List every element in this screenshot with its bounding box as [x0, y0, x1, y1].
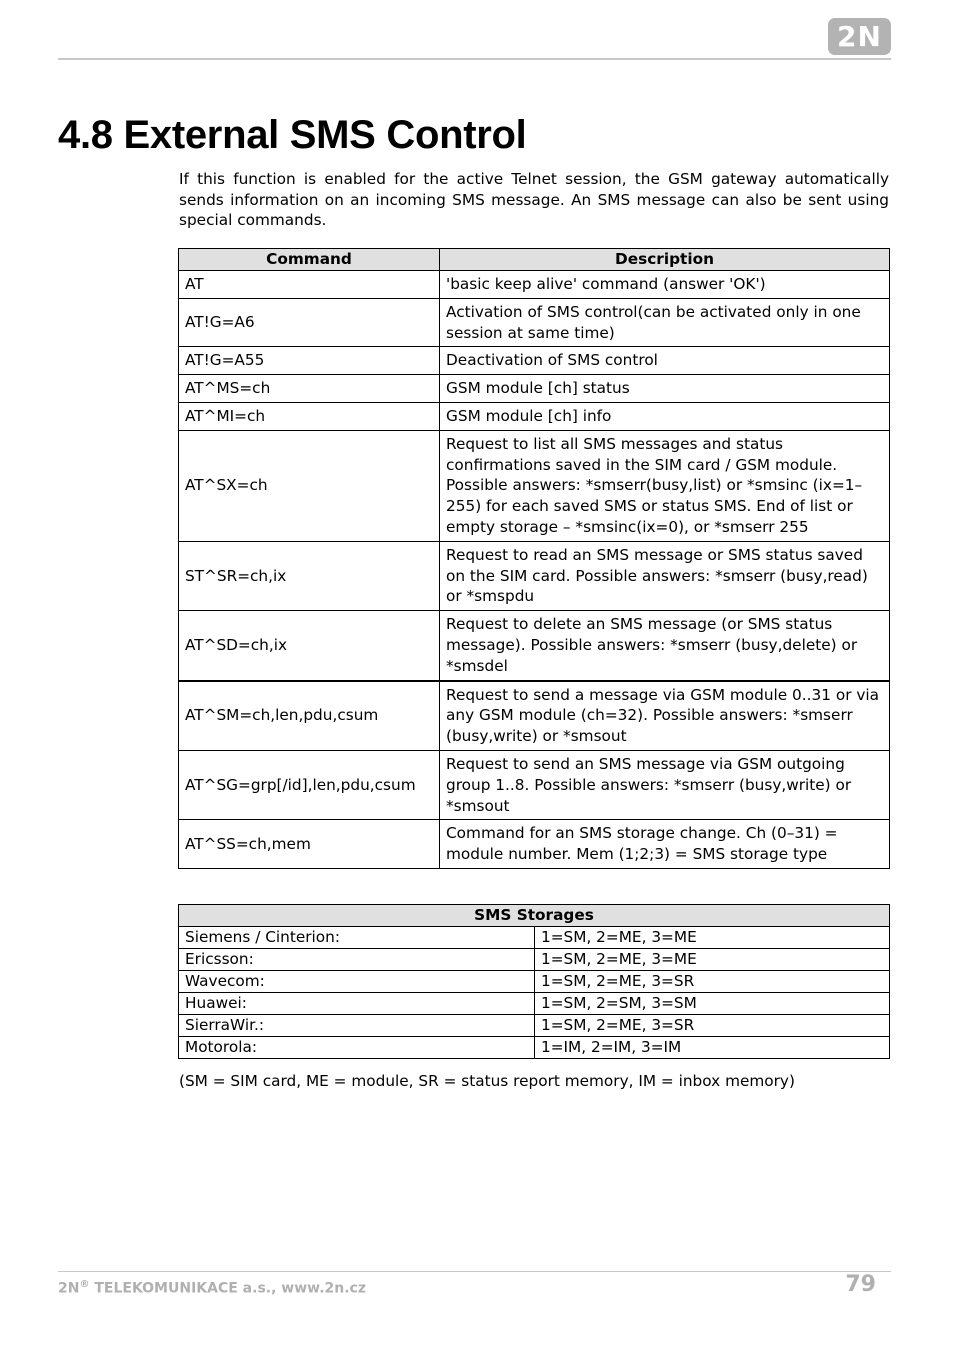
mapping-cell: 1=SM, 2=ME, 3=SR	[535, 1015, 890, 1037]
table-row: AT!G=A6Activation of SMS control(can be …	[179, 298, 890, 347]
command-cell: AT^MI=ch	[179, 402, 440, 430]
description-cell: Request to read an SMS message or SMS st…	[440, 541, 890, 610]
table-row: AT^SS=ch,memCommand for an SMS storage c…	[179, 820, 890, 869]
commands-table: Command Description AT'basic keep alive'…	[178, 248, 890, 869]
footer-company: 2N® TELEKOMUNIKACE a.s., www.2n.cz	[58, 1279, 366, 1297]
command-cell: ST^SR=ch,ix	[179, 541, 440, 610]
storages-legend: (SM = SIM card, ME = module, SR = status…	[179, 1071, 795, 1091]
table-row: Siemens / Cinterion:1=SM, 2=ME, 3=ME	[179, 927, 890, 949]
command-cell: AT!G=A6	[179, 298, 440, 347]
command-cell: AT^SS=ch,mem	[179, 820, 440, 869]
vendor-cell: Huawei:	[179, 993, 535, 1015]
table-row: Motorola:1=IM, 2=IM, 3=IM	[179, 1037, 890, 1059]
table-row: Huawei:1=SM, 2=SM, 3=SM	[179, 993, 890, 1015]
storages-title: SMS Storages	[179, 905, 890, 927]
command-cell: AT^SM=ch,len,pdu,csum	[179, 681, 440, 751]
command-cell: AT^MS=ch	[179, 375, 440, 403]
mapping-cell: 1=IM, 2=IM, 3=IM	[535, 1037, 890, 1059]
mapping-cell: 1=SM, 2=ME, 3=ME	[535, 949, 890, 971]
commands-header-row: Command Description	[179, 249, 890, 271]
sms-storages-table: SMS Storages Siemens / Cinterion:1=SM, 2…	[178, 904, 890, 1059]
table-row: ST^SR=ch,ixRequest to read an SMS messag…	[179, 541, 890, 610]
description-cell: Command for an SMS storage change. Ch (0…	[440, 820, 890, 869]
vendor-cell: Siemens / Cinterion:	[179, 927, 535, 949]
command-cell: AT^SD=ch,ix	[179, 611, 440, 681]
description-cell: GSM module [ch] info	[440, 402, 890, 430]
mapping-cell: 1=SM, 2=ME, 3=SR	[535, 971, 890, 993]
description-cell: Request to send an SMS message via GSM o…	[440, 750, 890, 819]
table-row: AT^SM=ch,len,pdu,csumRequest to send a m…	[179, 681, 890, 751]
description-cell: Request to delete an SMS message (or SMS…	[440, 611, 890, 681]
vendor-cell: Ericsson:	[179, 949, 535, 971]
table-row: AT^SD=ch,ixRequest to delete an SMS mess…	[179, 611, 890, 681]
mapping-cell: 1=SM, 2=ME, 3=ME	[535, 927, 890, 949]
mapping-cell: 1=SM, 2=SM, 3=SM	[535, 993, 890, 1015]
page-title: 4.8 External SMS Control	[58, 112, 526, 158]
table-row: AT^MS=chGSM module [ch] status	[179, 375, 890, 403]
page-number: 79	[845, 1272, 876, 1297]
table-row: AT!G=A55Deactivation of SMS control	[179, 347, 890, 375]
command-cell: AT	[179, 271, 440, 299]
vendor-cell: SierraWir.:	[179, 1015, 535, 1037]
description-cell: Request to list all SMS messages and sta…	[440, 430, 890, 541]
footer-company-text: TELEKOMUNIKACE a.s., www.2n.cz	[89, 1281, 366, 1297]
command-cell: AT^SG=grp[/id],len,pdu,csum	[179, 750, 440, 819]
description-cell: GSM module [ch] status	[440, 375, 890, 403]
footer-brand: 2N	[58, 1281, 79, 1297]
table-row: AT^SX=chRequest to list all SMS messages…	[179, 430, 890, 541]
vendor-cell: Motorola:	[179, 1037, 535, 1059]
column-header-command: Command	[179, 249, 440, 271]
company-logo: 2N	[828, 18, 891, 55]
storages-header-row: SMS Storages	[179, 905, 890, 927]
vendor-cell: Wavecom:	[179, 971, 535, 993]
description-cell: Request to send a message via GSM module…	[440, 681, 890, 751]
footer-rule	[58, 1271, 891, 1272]
command-cell: AT!G=A55	[179, 347, 440, 375]
registered-mark: ®	[79, 1279, 89, 1290]
description-cell: Activation of SMS control(can be activat…	[440, 298, 890, 347]
intro-paragraph: If this function is enabled for the acti…	[179, 169, 889, 231]
table-row: AT^SG=grp[/id],len,pdu,csumRequest to se…	[179, 750, 890, 819]
column-header-description: Description	[440, 249, 890, 271]
table-row: Ericsson:1=SM, 2=ME, 3=ME	[179, 949, 890, 971]
header-rule	[58, 58, 891, 60]
table-row: AT'basic keep alive' command (answer 'OK…	[179, 271, 890, 299]
table-row: SierraWir.:1=SM, 2=ME, 3=SR	[179, 1015, 890, 1037]
table-row: Wavecom:1=SM, 2=ME, 3=SR	[179, 971, 890, 993]
description-cell: 'basic keep alive' command (answer 'OK')	[440, 271, 890, 299]
command-cell: AT^SX=ch	[179, 430, 440, 541]
description-cell: Deactivation of SMS control	[440, 347, 890, 375]
table-row: AT^MI=chGSM module [ch] info	[179, 402, 890, 430]
